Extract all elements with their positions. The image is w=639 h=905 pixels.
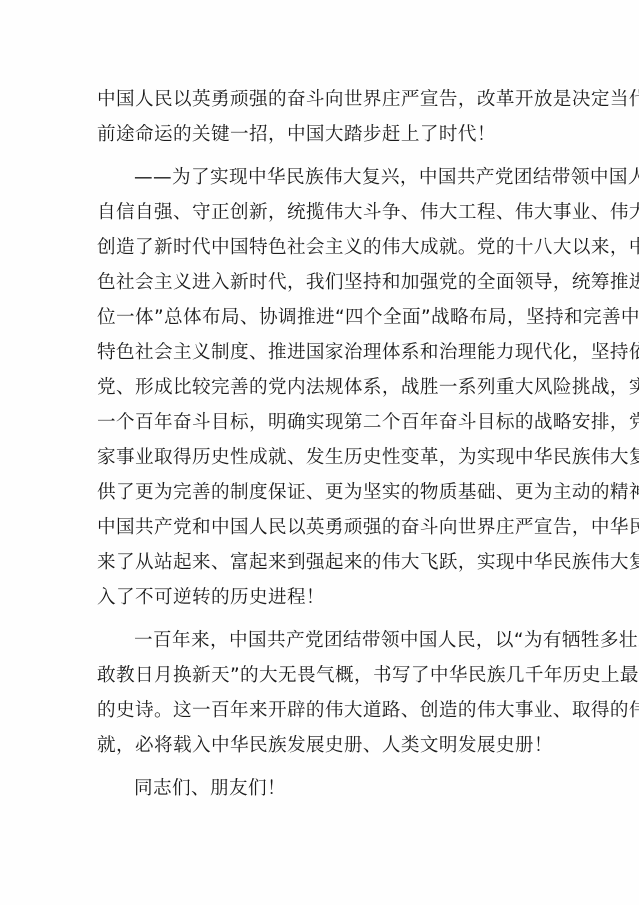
text-line: 供了更为完善的制度保证、更为坚实的物质基础、更为主动的精神力量。 [97, 475, 547, 510]
text-line: 的史诗。这一百年来开辟的伟大道路、创造的伟大事业、取得的伟大成 [97, 693, 547, 728]
text-line: 党、形成比较完善的党内法规体系，战胜一系列重大风险挑战，实现第 [97, 370, 547, 405]
text-line: 创造了新时代中国特色社会主义的伟大成就。党的十八大以来，中国特 [97, 230, 547, 265]
text-line: 前途命运的关键一招，中国大踏步赶上了时代！ [97, 117, 547, 152]
text-line: 中国共产党和中国人民以英勇顽强的奋斗向世界庄严宣告，中华民族迎 [97, 510, 547, 545]
text-line: 就，必将载入中华民族发展史册、人类文明发展史册！ [97, 728, 547, 763]
text-line: 位一体”总体布局、协调推进“四个全面”战略布局，坚持和完善中国 [97, 300, 547, 335]
text-line: 入了不可逆转的历史进程！ [97, 580, 547, 615]
document-page: 中国人民以英勇顽强的奋斗向世界庄严宣告，改革开放是决定当代中国 前途命运的关键一… [97, 82, 547, 814]
text-line: 特色社会主义制度、推进国家治理体系和治理能力现代化，坚持依规治 [97, 335, 547, 370]
paragraph-1: 中国人民以英勇顽强的奋斗向世界庄严宣告，改革开放是决定当代中国 前途命运的关键一… [97, 82, 547, 152]
text-line: 家事业取得历史性成就、发生历史性变革，为实现中华民族伟大复兴提 [97, 440, 547, 475]
text-line: 同志们、朋友们！ [97, 771, 547, 806]
text-line: 一个百年奋斗目标，明确实现第二个百年奋斗目标的战略安排，党和国 [97, 405, 547, 440]
text-line: 色社会主义进入新时代，我们坚持和加强党的全面领导，统筹推进“五 [97, 265, 547, 300]
paragraph-2: ——为了实现中华民族伟大复兴，中国共产党团结带领中国人民， 自信自强、守正创新，… [97, 160, 547, 615]
text-line: 敢教日月换新天”的大无畏气概，书写了中华民族几千年历史上最恢宏 [97, 658, 547, 693]
text-line: 来了从站起来、富起来到强起来的伟大飞跃，实现中华民族伟大复兴进 [97, 545, 547, 580]
paragraph-4: 同志们、朋友们！ [97, 771, 547, 806]
text-line: 中国人民以英勇顽强的奋斗向世界庄严宣告，改革开放是决定当代中国 [97, 82, 547, 117]
text-line: 自信自强、守正创新，统揽伟大斗争、伟大工程、伟大事业、伟大梦想， [97, 195, 547, 230]
text-line: 一百年来，中国共产党团结带领中国人民，以“为有牺牲多壮志， [97, 623, 547, 658]
text-line: ——为了实现中华民族伟大复兴，中国共产党团结带领中国人民， [97, 160, 547, 195]
paragraph-3: 一百年来，中国共产党团结带领中国人民，以“为有牺牲多壮志， 敢教日月换新天”的大… [97, 623, 547, 763]
